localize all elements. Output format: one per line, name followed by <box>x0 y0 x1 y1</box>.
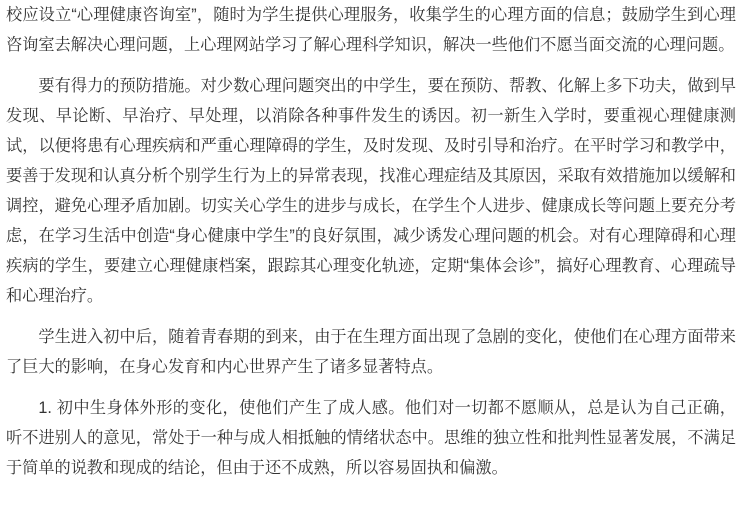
paragraph-3: 学生进入初中后，随着青春期的到来，由于在生理方面出现了急剧的变化，使他们在心理方… <box>6 322 736 382</box>
article-body: 校应设立“心理健康咨询室”，随时为学生提供心理服务，收集学生的心理方面的信息；鼓… <box>0 0 742 483</box>
paragraph-2: 要有得力的预防措施。对少数心理问题突出的中学生，要在预防、帮教、化解上多下功夫，… <box>6 71 736 311</box>
paragraph-1: 校应设立“心理健康咨询室”，随时为学生提供心理服务，收集学生的心理方面的信息；鼓… <box>6 0 736 60</box>
paragraph-4: 1. 初中生身体外形的变化，使他们产生了成人感。他们对一切都不愿顺从，总是认为自… <box>6 393 736 483</box>
